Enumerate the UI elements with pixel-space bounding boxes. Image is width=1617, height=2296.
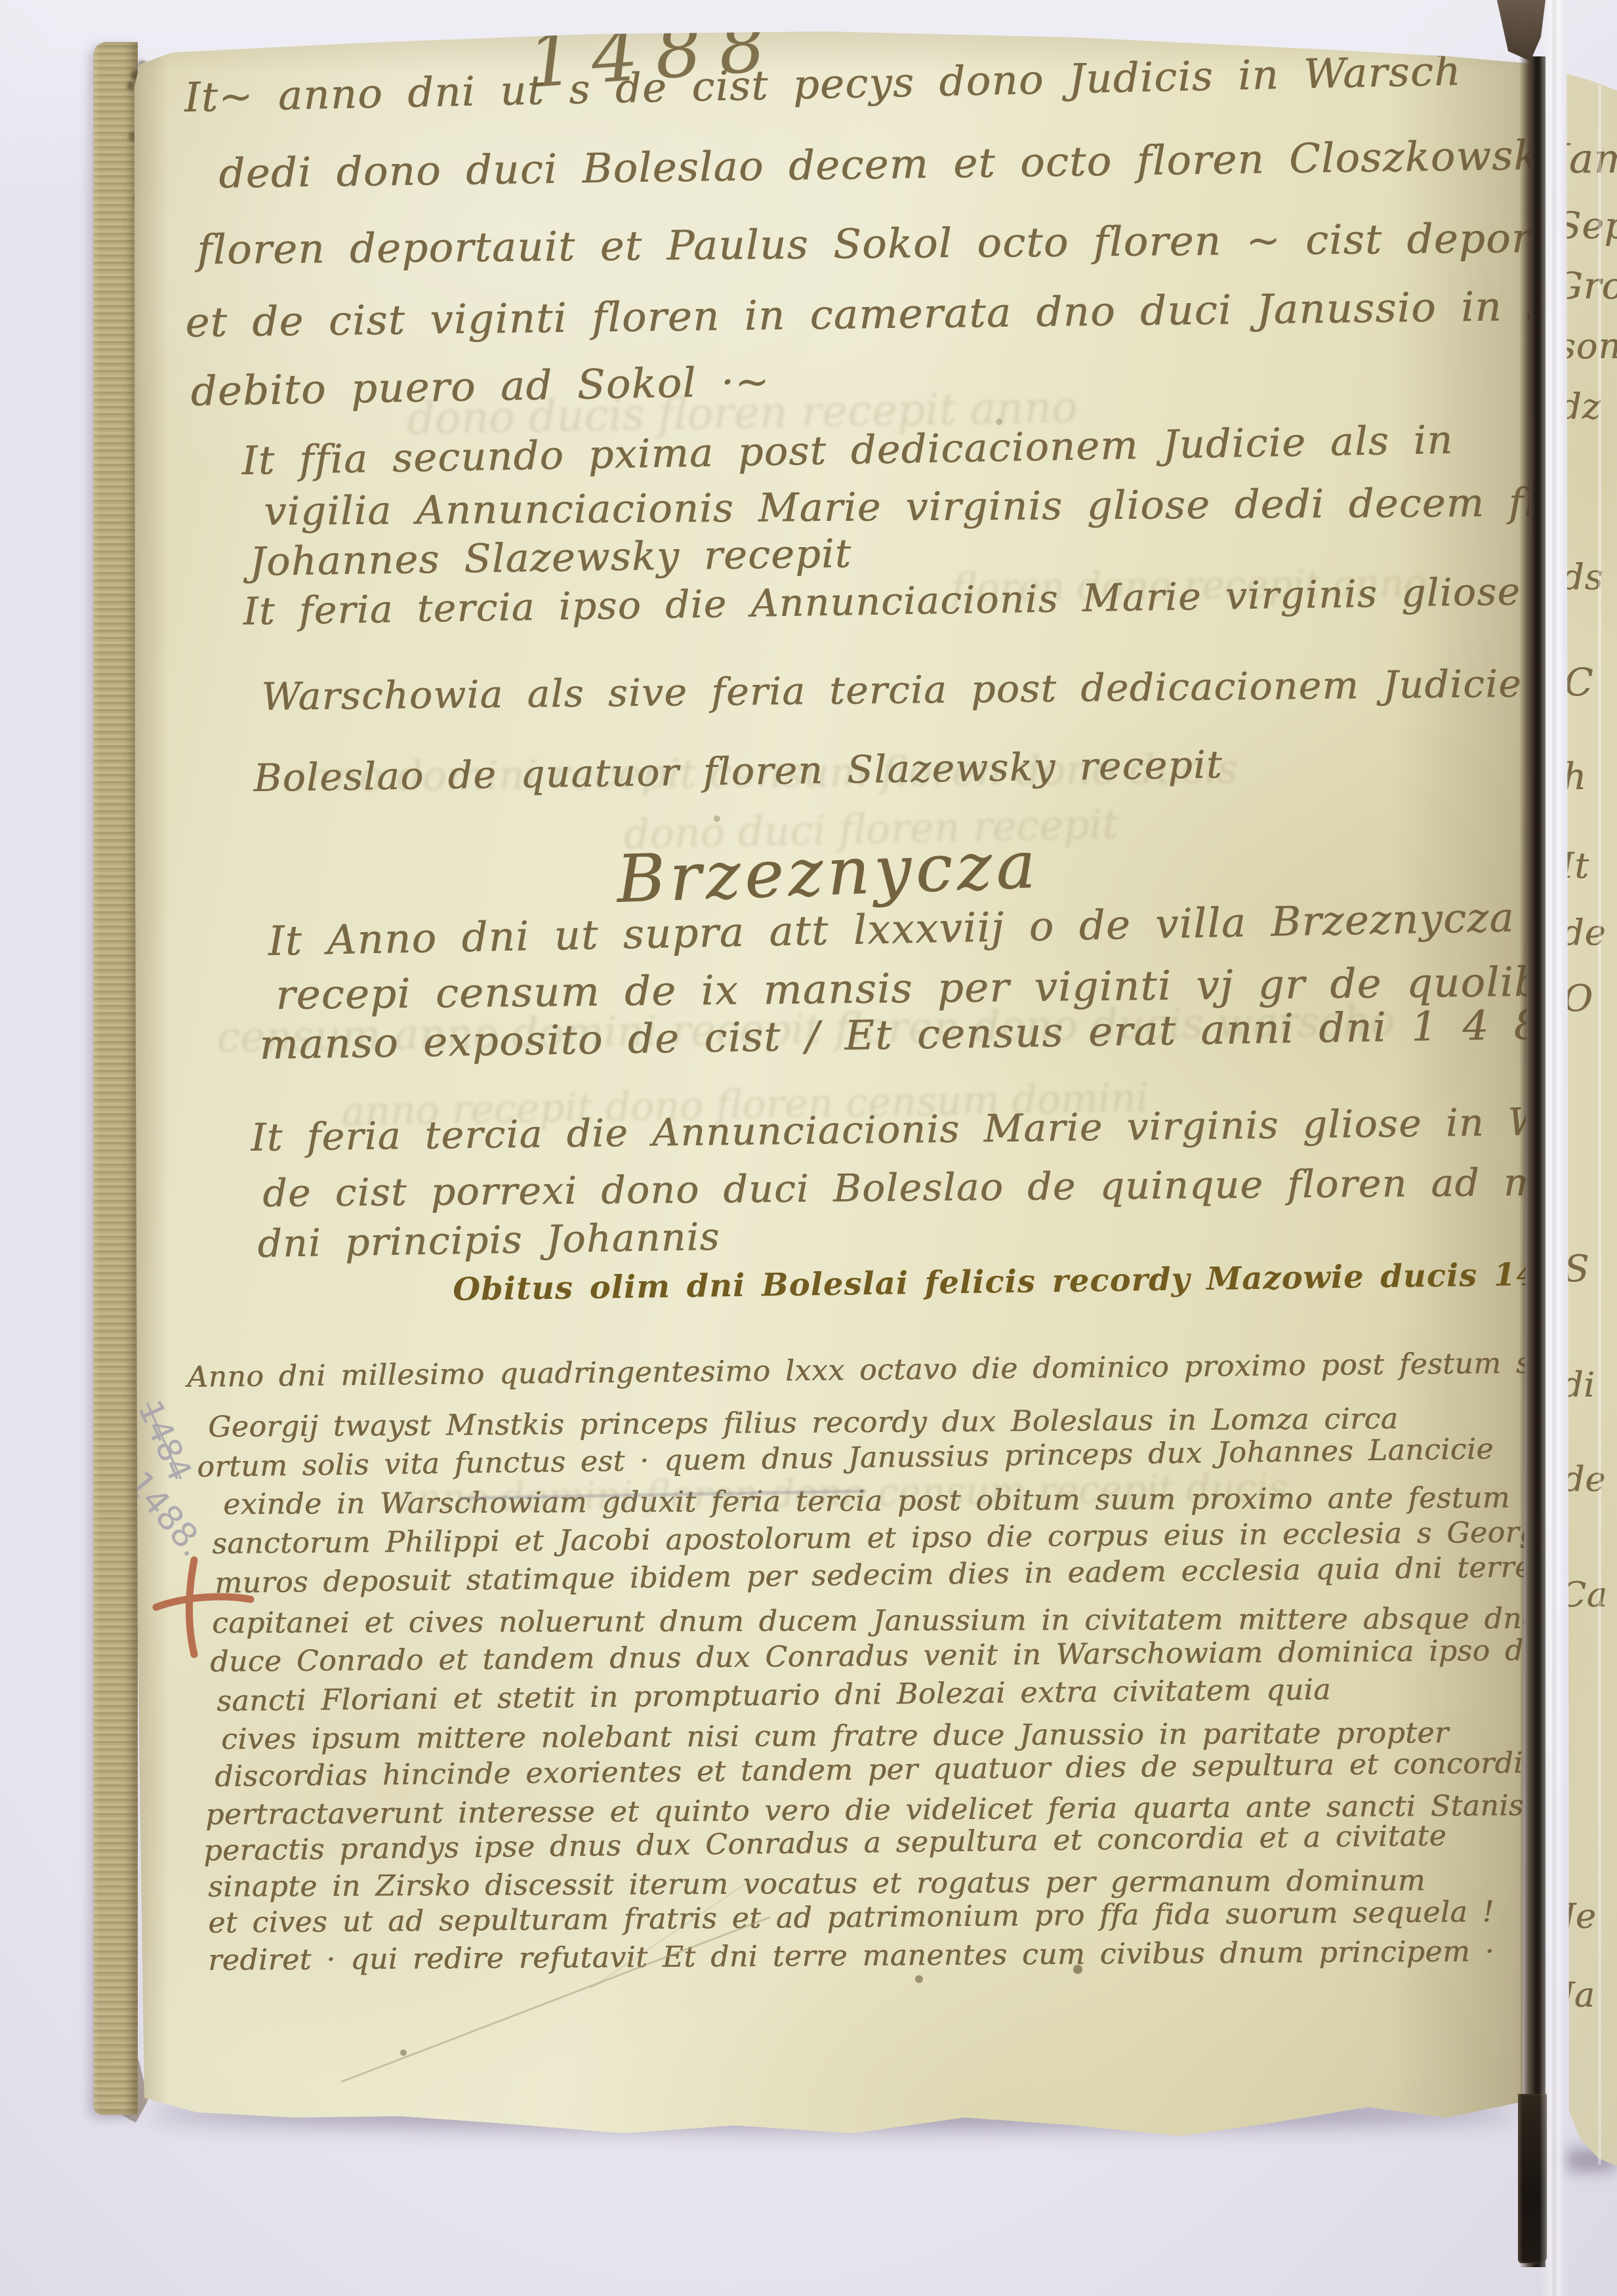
manuscript-page: dono ducis floren recepit annofloren don… <box>0 0 1617 2296</box>
chronicle-line: sancti Floriani et stetit in promptuario… <box>216 1673 1331 1718</box>
bleedthrough-text: anno domini recepit censum floren dono d… <box>282 745 1238 801</box>
glass-edge <box>1540 0 1569 2296</box>
chronicle-line: duce Conrado et tandem dnus dux Conradus… <box>210 1633 1551 1679</box>
entry-line: Boleslao de quatuor floren Slazewsky rec… <box>253 742 1223 800</box>
chronicle-line: sanctorum Philippi et Jacobi apostolorum… <box>212 1515 1617 1561</box>
bleedthrough-text: censum anno domini recepit floren dono d… <box>216 997 1395 1062</box>
chronicle-line: sinapte in Zirsko discessit iterum vocat… <box>208 1864 1425 1904</box>
entry-line: dedi dono duci Boleslao decem et octo fl… <box>218 129 1617 197</box>
entry-line: manso exposito de cist / Et census erat … <box>259 1000 1592 1069</box>
chronicle-line: pertractaverunt interesse et quinto vero… <box>205 1789 1561 1832</box>
year-heading: 1488 <box>525 2 785 105</box>
entry-line: floren deportauit et Paulus Sokol octo f… <box>197 213 1617 274</box>
entries-layer: It~ anno dni ut s de cist pecys dono Jud… <box>0 0 1617 2296</box>
chronicle-line: Georgij twayst Mnstkis princeps filius r… <box>208 1402 1399 1444</box>
chronicle-line: capitanei et cives noluerunt dnum ducem … <box>212 1602 1540 1640</box>
entry-line: vigilia Annunciacionis Marie virginis gl… <box>264 479 1617 535</box>
entry-line: It ffia secundo pxima post dedicacionem … <box>241 417 1454 484</box>
entry-line: It feria tercia die Annunciacionis Marie… <box>251 1097 1617 1160</box>
chronicle-line: rediret · qui redire refutavit Et dni te… <box>208 1935 1494 1977</box>
chronicle-layer: Anno dni millesimo quadringentesimo lxxx… <box>0 0 1617 2296</box>
chronicle-line: peractis prandys ipse dnus dux Conradus … <box>203 1819 1446 1868</box>
fore-edge-stain <box>0 0 4 4</box>
bleedthrough-layer: dono ducis floren recepit annofloren don… <box>0 0 1617 2296</box>
chronicle-line: et cives ut ad sepulturam fratris et ad … <box>208 1895 1494 1940</box>
book-fore-edge <box>93 42 138 2115</box>
bleedthrough-text: floren dono recepit anno <box>951 560 1427 610</box>
pencil-strike <box>459 1490 866 1500</box>
entry-line: It~ anno dni ut s de cist pecys dono Jud… <box>184 47 1462 121</box>
surface-scratch <box>341 1916 771 2083</box>
entry-line: et de cist viginti floren in camerata dn… <box>185 281 1601 346</box>
entry-line: It feria tercia ipso die Annunciacionis … <box>243 565 1617 634</box>
manuscript-photo: dono ducis floren recepit annofloren don… <box>0 0 1617 2296</box>
page-edge-shading <box>0 0 1617 2296</box>
section-heading: Brzeznycza <box>615 826 1041 917</box>
glass-edge-line <box>1598 85 1601 2165</box>
pencil-mark <box>179 23 207 33</box>
chronicle-line: Anno dni millesimo quadringentesimo lxxx… <box>187 1347 1531 1394</box>
rubric-cross-icon <box>151 1556 256 1668</box>
entry-line: Warschowia als sive feria tercia post de… <box>261 659 1617 719</box>
chronicle-line: discordias hincinde exorientes et tandem… <box>215 1746 1541 1794</box>
obit-heading: Obitus olim dni Boleslai felicis recordy… <box>453 1256 1584 1308</box>
chronicle-line: muros deposuit statimque ibidem per sede… <box>215 1550 1576 1600</box>
entry-line: debito puero ad Sokol ·~ <box>190 358 770 415</box>
chronicle-line: cives ipsum mittere nolebant nisi cum fr… <box>221 1716 1448 1756</box>
entry-line: Johannes Slazewsky recepit <box>249 531 852 585</box>
bleedthrough-text: dono ducis floren recepit anno <box>407 382 1078 444</box>
entry-line: de cist porrexi dono duci Boleslao de qu… <box>262 1158 1617 1216</box>
chronicle-line: ortum solis vita functus est · quem dnus… <box>197 1432 1494 1484</box>
entry-line: recepi censum de ix mansis per viginti v… <box>276 957 1584 1019</box>
chronicle-line: exinde in Warschowiam gduxit feria terci… <box>223 1481 1510 1521</box>
entry-line: dni principis Johannis <box>257 1214 720 1266</box>
bleedthrough-text: anno recepit dono floren censum domini <box>341 1075 1149 1135</box>
